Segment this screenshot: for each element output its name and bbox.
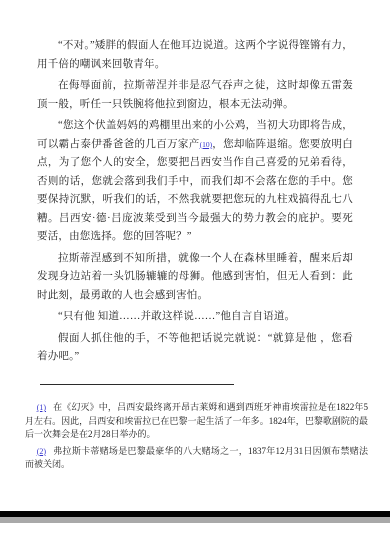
page-bottom-shadow <box>0 517 390 523</box>
footnote-marker-link[interactable]: (1) <box>37 403 46 412</box>
ebook-page: “不对。”矮胖的假面人在他耳边说道。这两个字说得铿锵有力，用千倍的嘲讽来回敬青年… <box>0 0 390 546</box>
body-text: “不对。”矮胖的假面人在他耳边说道。这两个字说得铿锵有力，用千倍的嘲讽来回敬青年… <box>37 37 353 370</box>
footnote-item: (2)弗拉斯卡蒂赌场是巴黎最豪华的八大赌场之一，1837年12月31日因颁布禁赌… <box>25 445 368 472</box>
paragraph-text: ，您却临阵退缩。您要放明白点，为了您个人的安全，您要把吕西安当作自己喜爱的兄弟看… <box>37 139 353 243</box>
footnote-item: (1)在《幻灭》中，吕西安最终离开昂古莱姆和遇到西班牙神甫埃雷拉是在1822年5… <box>25 401 368 442</box>
paragraph: 假面人抓住他的手，不等他把话说完就说：“就算是他 ，您看着办吧。” <box>37 330 353 367</box>
paragraph: “您这个伏盖妈妈的鸡棚里出来的小公鸡，当初大功即将告成，可以霸占泰伊番爸爸的几百… <box>37 117 353 247</box>
paragraph: “只有他 知道……并敢这样说……”他自言自语道。 <box>37 308 353 327</box>
footnotes-section: (1)在《幻灭》中，吕西安最终离开昂古莱姆和遇到西班牙神甫埃雷拉是在1822年5… <box>25 401 368 475</box>
footnote-text: 弗拉斯卡蒂赌场是巴黎最豪华的八大赌场之一，1837年12月31日因颁布禁赌法而被… <box>25 446 368 470</box>
footnote-separator <box>40 384 234 385</box>
footnote-marker-link[interactable]: (2) <box>37 447 46 456</box>
paragraph: 在侮辱面前，拉斯蒂涅并非是忍气吞声之徒，这时却像五雷轰顶一般，听任一只铁腕将他拉… <box>37 77 353 114</box>
footnote-ref-link[interactable]: (10) <box>200 140 213 149</box>
paragraph: 拉斯蒂涅感到不知所措，就像一个人在森林里睡着，醒来后却发现身边站着一头饥肠辘辘的… <box>37 250 353 306</box>
footnote-text: 在《幻灭》中，吕西安最终离开昂古莱姆和遇到西班牙神甫埃雷拉是在1822年5月左右… <box>25 402 368 439</box>
paragraph: “不对。”矮胖的假面人在他耳边说道。这两个字说得铿锵有力，用千倍的嘲讽来回敬青年… <box>37 37 353 74</box>
